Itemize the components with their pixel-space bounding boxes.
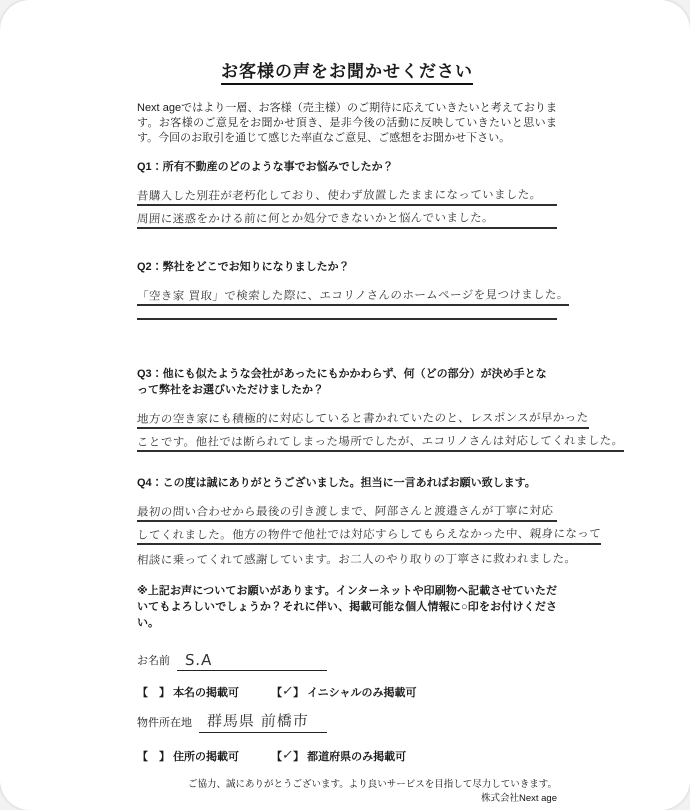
bracket-open: 【 bbox=[137, 751, 148, 763]
consent-label: 住所の掲載可 bbox=[173, 751, 239, 763]
consent-option-address: 【】 住所の掲載可 bbox=[137, 748, 239, 764]
footer-thanks: ご協力、誠にありがとうございます。より良いサービスを目指して尽力していきます。 bbox=[137, 778, 557, 792]
handwritten-text: 昔購入した別荘が老朽化しており、使わず放置したままになっていました。 bbox=[137, 186, 542, 203]
handwritten-text: 「空き家 買取」で検索した際に、エコリノさんのホームページを見つけました。 bbox=[137, 286, 570, 304]
handwritten-text: 相談に乗ってくれて感謝しています。お二人のやり取りの丁寧さに救われました。 bbox=[137, 550, 577, 568]
location-field: 物件所在地 群馬県 前橋市 bbox=[137, 710, 557, 733]
bracket-close: 】 bbox=[159, 687, 170, 699]
answer-line: 「空き家 買取」で検索した際に、エコリノさんのホームページを見つけました。 bbox=[137, 283, 569, 306]
consent-label: 本名の掲載可 bbox=[173, 687, 239, 699]
question-label-q2: Q2：弊社をどこでお知りになりましたか？ bbox=[137, 259, 557, 275]
question-block-q1: Q1：所有不動産のどのような事でお悩みでしたか？ 昔購入した別荘が老朽化しており… bbox=[137, 159, 557, 229]
handwritten-text: ことです。他社では断られてしまった場所でしたが、エコリノさんは対応してくれました… bbox=[137, 432, 624, 450]
handwritten-text: 地方の空き家にも積極的に対応していると書かれていたのと、レスポンスが早かった bbox=[137, 409, 589, 427]
question-block-q4: Q4：この度は誠にありがとうございました。担当に一言あればお願い致します。 最初… bbox=[137, 475, 557, 568]
answer-line: 最初の問い合わせから最後の引き渡しまで、阿部さんと渡邉さんが丁寧に対応 bbox=[137, 499, 557, 522]
name-consent-row: 【】 本名の掲載可 【✓】 イニシャルのみ掲載可 bbox=[137, 684, 557, 700]
location-consent-row: 【】 住所の掲載可 【✓】 都道府県のみ掲載可 bbox=[137, 748, 557, 764]
consent-option-prefecture: 【✓】 都道府県のみ掲載可 bbox=[271, 748, 406, 764]
scanned-feedback-form: お客様の声をお聞かせください Next ageではより一層、お客様（売主様）のご… bbox=[0, 0, 690, 810]
location-value: 群馬県 前橋市 bbox=[206, 710, 309, 731]
handwritten-text: 周囲に迷惑をかける前に何とか処分できないかと悩んでいました。 bbox=[137, 209, 495, 226]
question-label-q3: Q3：他にも似たような会社があったにもかかわらず、何（どの部分）が決め手となって… bbox=[137, 366, 557, 398]
question-block-q2: Q2：弊社をどこでお知りになりましたか？ 「空き家 買取」で検索した際に、エコリ… bbox=[137, 259, 557, 320]
handwritten-text: してくれました。他方の物件で他社では対応すらしてもらえなかった中、親身になって bbox=[137, 525, 602, 543]
consent-label: イニシャルのみ掲載可 bbox=[307, 687, 416, 699]
answer-line-blank bbox=[137, 306, 557, 320]
answer-area-q1: 昔購入した別荘が老朽化しており、使わず放置したままになっていました。 周囲に迷惑… bbox=[137, 183, 557, 229]
answer-area-q4: 最初の問い合わせから最後の引き渡しまで、阿部さんと渡邉さんが丁寧に対応 してくれ… bbox=[137, 499, 557, 568]
form-title: お客様の声をお聞かせください bbox=[221, 57, 473, 85]
answer-line: してくれました。他方の物件で他社では対応すらしてもらえなかった中、親身になって bbox=[137, 522, 601, 545]
name-value: S.A bbox=[185, 651, 213, 669]
footer: ご協力、誠にありがとうございます。より良いサービスを目指して尽力していきます。 … bbox=[137, 778, 557, 806]
answer-area-q3: 地方の空き家にも積極的に対応していると書かれていたのと、レスポンスが早かった こ… bbox=[137, 406, 557, 452]
consent-label: 都道府県のみ掲載可 bbox=[307, 751, 406, 763]
question-label-q1: Q1：所有不動産のどのような事でお悩みでしたか？ bbox=[137, 159, 557, 175]
answer-line: 相談に乗ってくれて感謝しています。お二人のやり取りの丁寧さに救われました。 bbox=[137, 545, 576, 568]
handwritten-text: 最初の問い合わせから最後の引き渡しまで、阿部さんと渡邉さんが丁寧に対応 bbox=[137, 502, 554, 519]
name-underline: S.A bbox=[177, 651, 327, 671]
consent-option-realname: 【】 本名の掲載可 bbox=[137, 684, 239, 700]
bracket-open: 【 bbox=[137, 687, 148, 699]
name-field: お名前 S.A bbox=[137, 651, 557, 671]
answer-line: 周囲に迷惑をかける前に何とか処分できないかと悩んでいました。 bbox=[137, 206, 557, 229]
answer-line: ことです。他社では断られてしまった場所でしたが、エコリノさんは対応してくれました… bbox=[137, 429, 624, 452]
bracket-close: 】 bbox=[293, 687, 304, 699]
question-block-q3: Q3：他にも似たような会社があったにもかかわらず、何（どの部分）が決め手となって… bbox=[137, 366, 557, 452]
location-underline: 群馬県 前橋市 bbox=[199, 710, 327, 733]
company-name: 株式会社Next age bbox=[137, 792, 557, 806]
answer-line: 昔購入した別荘が老朽化しており、使わず放置したままになっていました。 bbox=[137, 183, 557, 206]
intro-text: Next ageではより一層、お客様（売主様）のご期待に応えていきたいと考えてお… bbox=[137, 101, 557, 146]
answer-area-q2: 「空き家 買取」で検索した際に、エコリノさんのホームページを見つけました。 bbox=[137, 283, 557, 320]
publication-note: ※上記お声についてお願いがあります。インターネットや印刷物へ記載させていただいて… bbox=[137, 583, 557, 631]
bracket-close: 】 bbox=[159, 751, 170, 763]
bracket-close: 】 bbox=[293, 751, 304, 763]
name-label: お名前 bbox=[137, 652, 170, 671]
consent-option-initials: 【✓】 イニシャルのみ掲載可 bbox=[271, 684, 416, 700]
question-label-q4: Q4：この度は誠にありがとうございました。担当に一言あればお願い致します。 bbox=[137, 475, 557, 491]
answer-line: 地方の空き家にも積極的に対応していると書かれていたのと、レスポンスが早かった bbox=[137, 406, 589, 429]
location-label: 物件所在地 bbox=[137, 714, 192, 733]
